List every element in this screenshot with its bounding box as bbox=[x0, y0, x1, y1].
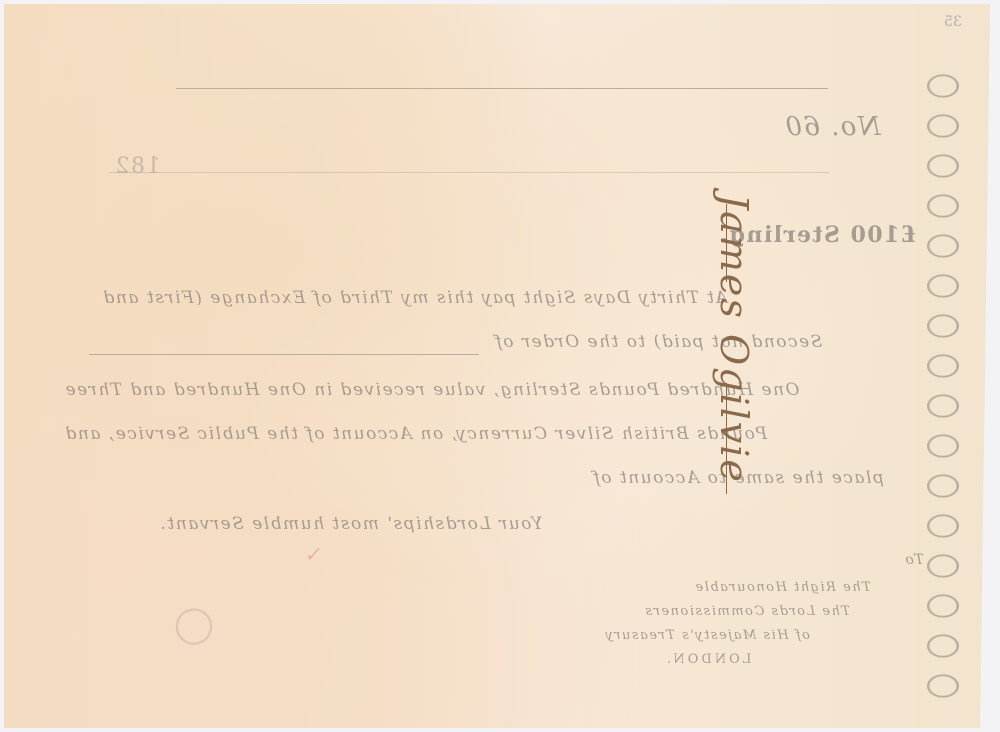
body-line-2: Second not paid) to the Order of bbox=[494, 332, 822, 352]
endorsement-signature: James Ogilvie bbox=[756, 194, 1000, 238]
addressee-line-2: The Lords Commissioners bbox=[644, 604, 850, 619]
corner-mark: 35 bbox=[944, 14, 962, 30]
payee-rule bbox=[89, 354, 479, 355]
closing-line: Your Lordships' most humble Servant. bbox=[159, 514, 543, 534]
date-rule bbox=[109, 172, 829, 173]
body-line-1: At Thirty Days Sight pay this my Third o… bbox=[102, 288, 727, 308]
body-line-4: Pounds British Silver Currency, on Accou… bbox=[64, 424, 767, 444]
addressee-line-3: of His Majesty's Treasury bbox=[604, 628, 810, 643]
document-paper: No. 60 182 £100 Sterling. At Thirty Days… bbox=[4, 4, 990, 728]
bill-number: No. 60 bbox=[784, 112, 881, 142]
pencil-signature-showthrough: ◯ bbox=[172, 602, 216, 647]
addressee-line-4: LONDON. bbox=[664, 652, 751, 667]
date-year: 182 bbox=[114, 154, 161, 179]
endorsement-underline-2 bbox=[726, 384, 727, 494]
red-ink-notes: ✓ bbox=[303, 541, 321, 566]
endorsement-underline-1 bbox=[726, 204, 727, 282]
decorative-border-loops bbox=[916, 66, 970, 706]
addressee-line-1: The Right Honourable bbox=[694, 580, 871, 595]
body-line-3: One Hundred Pounds Sterling, value recei… bbox=[64, 380, 799, 400]
top-rule bbox=[176, 88, 828, 89]
